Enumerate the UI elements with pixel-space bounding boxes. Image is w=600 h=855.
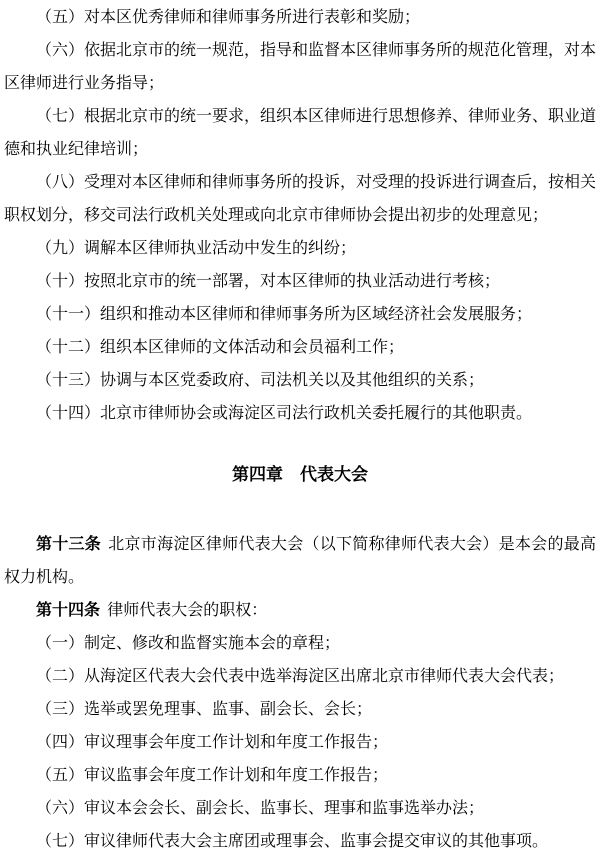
clause-item-12: （十二）组织本区律师的文体活动和会员福利工作； [4, 330, 596, 363]
clause-item-2: （二）从海淀区代表大会代表中选举海淀区出席北京市律师代表大会代表； [4, 659, 596, 692]
clause-item-9: （九）调解本区律师执业活动中发生的纠纷； [4, 231, 596, 264]
clause-item-7b: （七）审议律师代表大会主席团或理事会、监事会提交审议的其他事项。 [4, 824, 596, 855]
clause-item-13: （十三）协调与本区党委政府、司法机关以及其他组织的关系； [4, 363, 596, 396]
clause-item-7: （七）根据北京市的统一要求，组织本区律师进行思想修养、律师业务、职业道德和执业纪… [4, 99, 596, 165]
document-page: （五）对本区优秀律师和律师事务所进行表彰和奖励； （六）依据北京市的统一规范，指… [0, 0, 600, 855]
clause-item-1: （一）制定、修改和监督实施本会的章程； [4, 626, 596, 659]
article-13: 第十三条北京市海淀区律师代表大会（以下简称律师代表大会）是本会的最高权力机构。 [4, 527, 596, 593]
clause-item-5b: （五）审议监事会年度工作计划和年度工作报告； [4, 758, 596, 791]
clause-item-8: （八）受理对本区律师和律师事务所的投诉，对受理的投诉进行调查后，按相关职权划分，… [4, 165, 596, 231]
article-14: 第十四条律师代表大会的职权： [4, 593, 596, 626]
article-14-text: 律师代表大会的职权： [107, 600, 267, 619]
clause-item-4: （四）审议理事会年度工作计划和年度工作报告； [4, 725, 596, 758]
clause-item-5: （五）对本区优秀律师和律师事务所进行表彰和奖励； [4, 0, 596, 33]
clause-item-11: （十一）组织和推动本区律师和律师事务所为区域经济社会发展服务； [4, 297, 596, 330]
clause-item-10: （十）按照北京市的统一部署，对本区律师的执业活动进行考核； [4, 264, 596, 297]
clause-item-6b: （六）审议本会会长、副会长、监事长、理事和监事选举办法； [4, 791, 596, 824]
article-13-number: 第十三条 [36, 534, 108, 553]
article-14-number: 第十四条 [36, 600, 107, 619]
chapter-heading: 第四章 代表大会 [4, 459, 596, 492]
clause-item-6: （六）依据北京市的统一规范，指导和监督本区律师事务所的规范化管理，对本区律师进行… [4, 33, 596, 99]
clause-item-3: （三）选举或罢免理事、监事、副会长、会长； [4, 692, 596, 725]
clause-item-14: （十四）北京市律师协会或海淀区司法行政机关委托履行的其他职责。 [4, 396, 596, 429]
